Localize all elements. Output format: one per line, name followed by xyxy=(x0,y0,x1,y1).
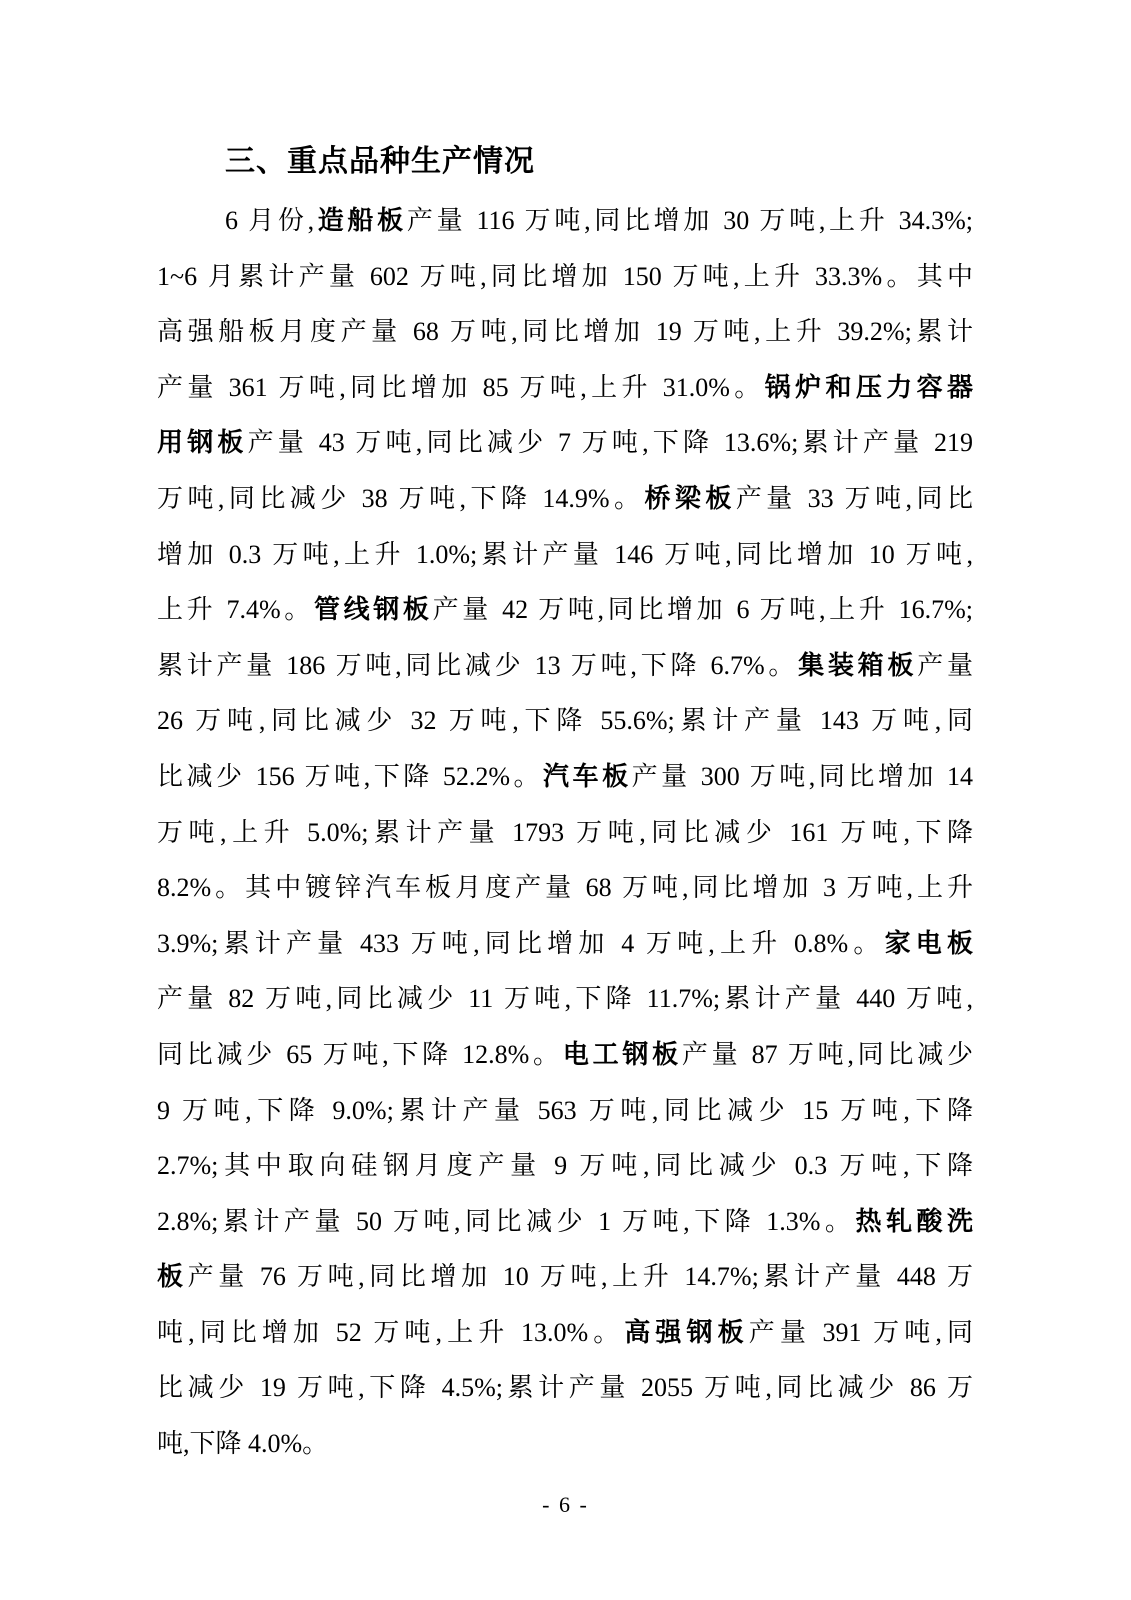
product-name-bold: 用钢板 xyxy=(157,428,248,457)
body-paragraph: 6 月份,造船板产量 116 万吨,同比增加 30 万吨,上升 34.3%;1~… xyxy=(157,193,973,1472)
text-segment: 高强船板月度产量 68 万吨,同比增加 19 万吨,上升 39.2%;累计 xyxy=(157,317,973,346)
paragraph-line: 比减少 156 万吨,下降 52.2%。汽车板产量 300 万吨,同比增加 14 xyxy=(157,749,973,805)
product-name-bold: 板 xyxy=(157,1262,188,1291)
product-name-bold: 集装箱板 xyxy=(798,651,917,680)
text-segment: 产量 43 万吨,同比减少 7 万吨,下降 13.6%;累计产量 219 xyxy=(248,428,973,457)
paragraph-line: 板产量 76 万吨,同比增加 10 万吨,上升 14.7%;累计产量 448 万 xyxy=(157,1249,973,1305)
product-name-bold: 锅炉和压力容器 xyxy=(765,373,973,402)
product-name-bold: 管线钢板 xyxy=(314,595,433,624)
paragraph-line: 8.2%。其中镀锌汽车板月度产量 68 万吨,同比增加 3 万吨,上升 xyxy=(157,860,973,916)
text-segment: 万吨,同比减少 38 万吨,下降 14.9%。 xyxy=(157,484,644,513)
text-segment: 1~6 月累计产量 602 万吨,同比增加 150 万吨,上升 33.3%。其中 xyxy=(157,262,973,291)
text-segment: 比减少 19 万吨,下降 4.5%;累计产量 2055 万吨,同比减少 86 万 xyxy=(157,1373,973,1402)
product-name-bold: 造船板 xyxy=(314,206,407,235)
text-segment: 3.9%;累计产量 433 万吨,同比增加 4 万吨,上升 0.8%。 xyxy=(157,929,885,958)
section-heading: 三、重点品种生产情况 xyxy=(157,143,535,181)
text-segment: 2.8%;累计产量 50 万吨,同比减少 1 万吨,下降 1.3%。 xyxy=(157,1207,855,1236)
paragraph-line: 同比减少 65 万吨,下降 12.8%。电工钢板产量 87 万吨,同比减少 xyxy=(157,1027,973,1083)
text-segment: 吨,同比增加 52 万吨,上升 13.0%。 xyxy=(157,1318,624,1347)
text-segment: 9 万吨,下降 9.0%;累计产量 563 万吨,同比减少 15 万吨,下降 xyxy=(157,1096,973,1125)
text-segment: 产量 xyxy=(917,651,973,680)
text-segment: 2.7%;其中取向硅钢月度产量 9 万吨,同比减少 0.3 万吨,下降 xyxy=(157,1151,973,1180)
text-segment: 产量 33 万吨,同比 xyxy=(736,484,973,513)
paragraph-line: 吨,同比增加 52 万吨,上升 13.0%。高强钢板产量 391 万吨,同 xyxy=(157,1305,973,1361)
text-segment: 6 月份, xyxy=(225,206,314,235)
text-segment: 产量 42 万吨,同比增加 6 万吨,上升 16.7%; xyxy=(433,595,973,624)
document-page: 三、重点品种生产情况 6 月份,造船板产量 116 万吨,同比增加 30 万吨,… xyxy=(0,0,1131,1600)
product-name-bold: 汽车板 xyxy=(543,762,632,791)
text-segment: 8.2%。其中镀锌汽车板月度产量 68 万吨,同比增加 3 万吨,上升 xyxy=(157,873,973,902)
text-segment: 吨,下降 4.0%。 xyxy=(157,1429,328,1458)
text-segment: 产量 116 万吨,同比增加 30 万吨,上升 34.3%; xyxy=(407,206,973,235)
paragraph-line: 产量 82 万吨,同比减少 11 万吨,下降 11.7%;累计产量 440 万吨… xyxy=(157,971,973,1027)
paragraph-line: 2.8%;累计产量 50 万吨,同比减少 1 万吨,下降 1.3%。热轧酸洗 xyxy=(157,1194,973,1250)
paragraph-line: 26 万吨,同比减少 32 万吨,下降 55.6%;累计产量 143 万吨,同 xyxy=(157,693,973,749)
paragraph-line: 产量 361 万吨,同比增加 85 万吨,上升 31.0%。锅炉和压力容器 xyxy=(157,360,973,416)
product-name-bold: 高强钢板 xyxy=(624,1318,748,1347)
paragraph-line: 万吨,上升 5.0%;累计产量 1793 万吨,同比减少 161 万吨,下降 xyxy=(157,805,973,861)
paragraph-line: 用钢板产量 43 万吨,同比减少 7 万吨,下降 13.6%;累计产量 219 xyxy=(157,415,973,471)
text-segment: 产量 87 万吨,同比减少 xyxy=(682,1040,973,1069)
text-segment: 26 万吨,同比减少 32 万吨,下降 55.6%;累计产量 143 万吨,同 xyxy=(157,706,973,735)
text-segment: 产量 300 万吨,同比增加 14 xyxy=(632,762,973,791)
text-segment: 增加 0.3 万吨,上升 1.0%;累计产量 146 万吨,同比增加 10 万吨… xyxy=(157,540,973,569)
paragraph-line: 比减少 19 万吨,下降 4.5%;累计产量 2055 万吨,同比减少 86 万 xyxy=(157,1360,973,1416)
text-segment: 累计产量 186 万吨,同比减少 13 万吨,下降 6.7%。 xyxy=(157,651,798,680)
product-name-bold: 热轧酸洗 xyxy=(855,1207,973,1236)
text-segment: 同比减少 65 万吨,下降 12.8%。 xyxy=(157,1040,563,1069)
page-number: - 6 - xyxy=(0,1490,1131,1520)
text-segment: 产量 76 万吨,同比增加 10 万吨,上升 14.7%;累计产量 448 万 xyxy=(188,1262,973,1291)
product-name-bold: 家电板 xyxy=(885,929,973,958)
text-segment: 产量 391 万吨,同 xyxy=(749,1318,973,1347)
text-segment: 上升 7.4%。 xyxy=(157,595,314,624)
text-segment: 万吨,上升 5.0%;累计产量 1793 万吨,同比减少 161 万吨,下降 xyxy=(157,818,973,847)
paragraph-line: 1~6 月累计产量 602 万吨,同比增加 150 万吨,上升 33.3%。其中 xyxy=(157,249,973,305)
product-name-bold: 电工钢板 xyxy=(563,1040,682,1069)
paragraph-line: 3.9%;累计产量 433 万吨,同比增加 4 万吨,上升 0.8%。家电板 xyxy=(157,916,973,972)
paragraph-line: 2.7%;其中取向硅钢月度产量 9 万吨,同比减少 0.3 万吨,下降 xyxy=(157,1138,973,1194)
paragraph-line: 累计产量 186 万吨,同比减少 13 万吨,下降 6.7%。集装箱板产量 xyxy=(157,638,973,694)
paragraph-line: 吨,下降 4.0%。 xyxy=(157,1416,973,1472)
paragraph-line: 万吨,同比减少 38 万吨,下降 14.9%。桥梁板产量 33 万吨,同比 xyxy=(157,471,973,527)
text-segment: 产量 361 万吨,同比增加 85 万吨,上升 31.0%。 xyxy=(157,373,765,402)
text-segment: 产量 82 万吨,同比减少 11 万吨,下降 11.7%;累计产量 440 万吨… xyxy=(157,984,973,1013)
paragraph-line: 9 万吨,下降 9.0%;累计产量 563 万吨,同比减少 15 万吨,下降 xyxy=(157,1083,973,1139)
paragraph-line: 6 月份,造船板产量 116 万吨,同比增加 30 万吨,上升 34.3%; xyxy=(157,193,973,249)
paragraph-line: 高强船板月度产量 68 万吨,同比增加 19 万吨,上升 39.2%;累计 xyxy=(157,304,973,360)
paragraph-line: 增加 0.3 万吨,上升 1.0%;累计产量 146 万吨,同比增加 10 万吨… xyxy=(157,527,973,583)
text-segment: 比减少 156 万吨,下降 52.2%。 xyxy=(157,762,543,791)
product-name-bold: 桥梁板 xyxy=(644,484,735,513)
paragraph-line: 上升 7.4%。管线钢板产量 42 万吨,同比增加 6 万吨,上升 16.7%; xyxy=(157,582,973,638)
